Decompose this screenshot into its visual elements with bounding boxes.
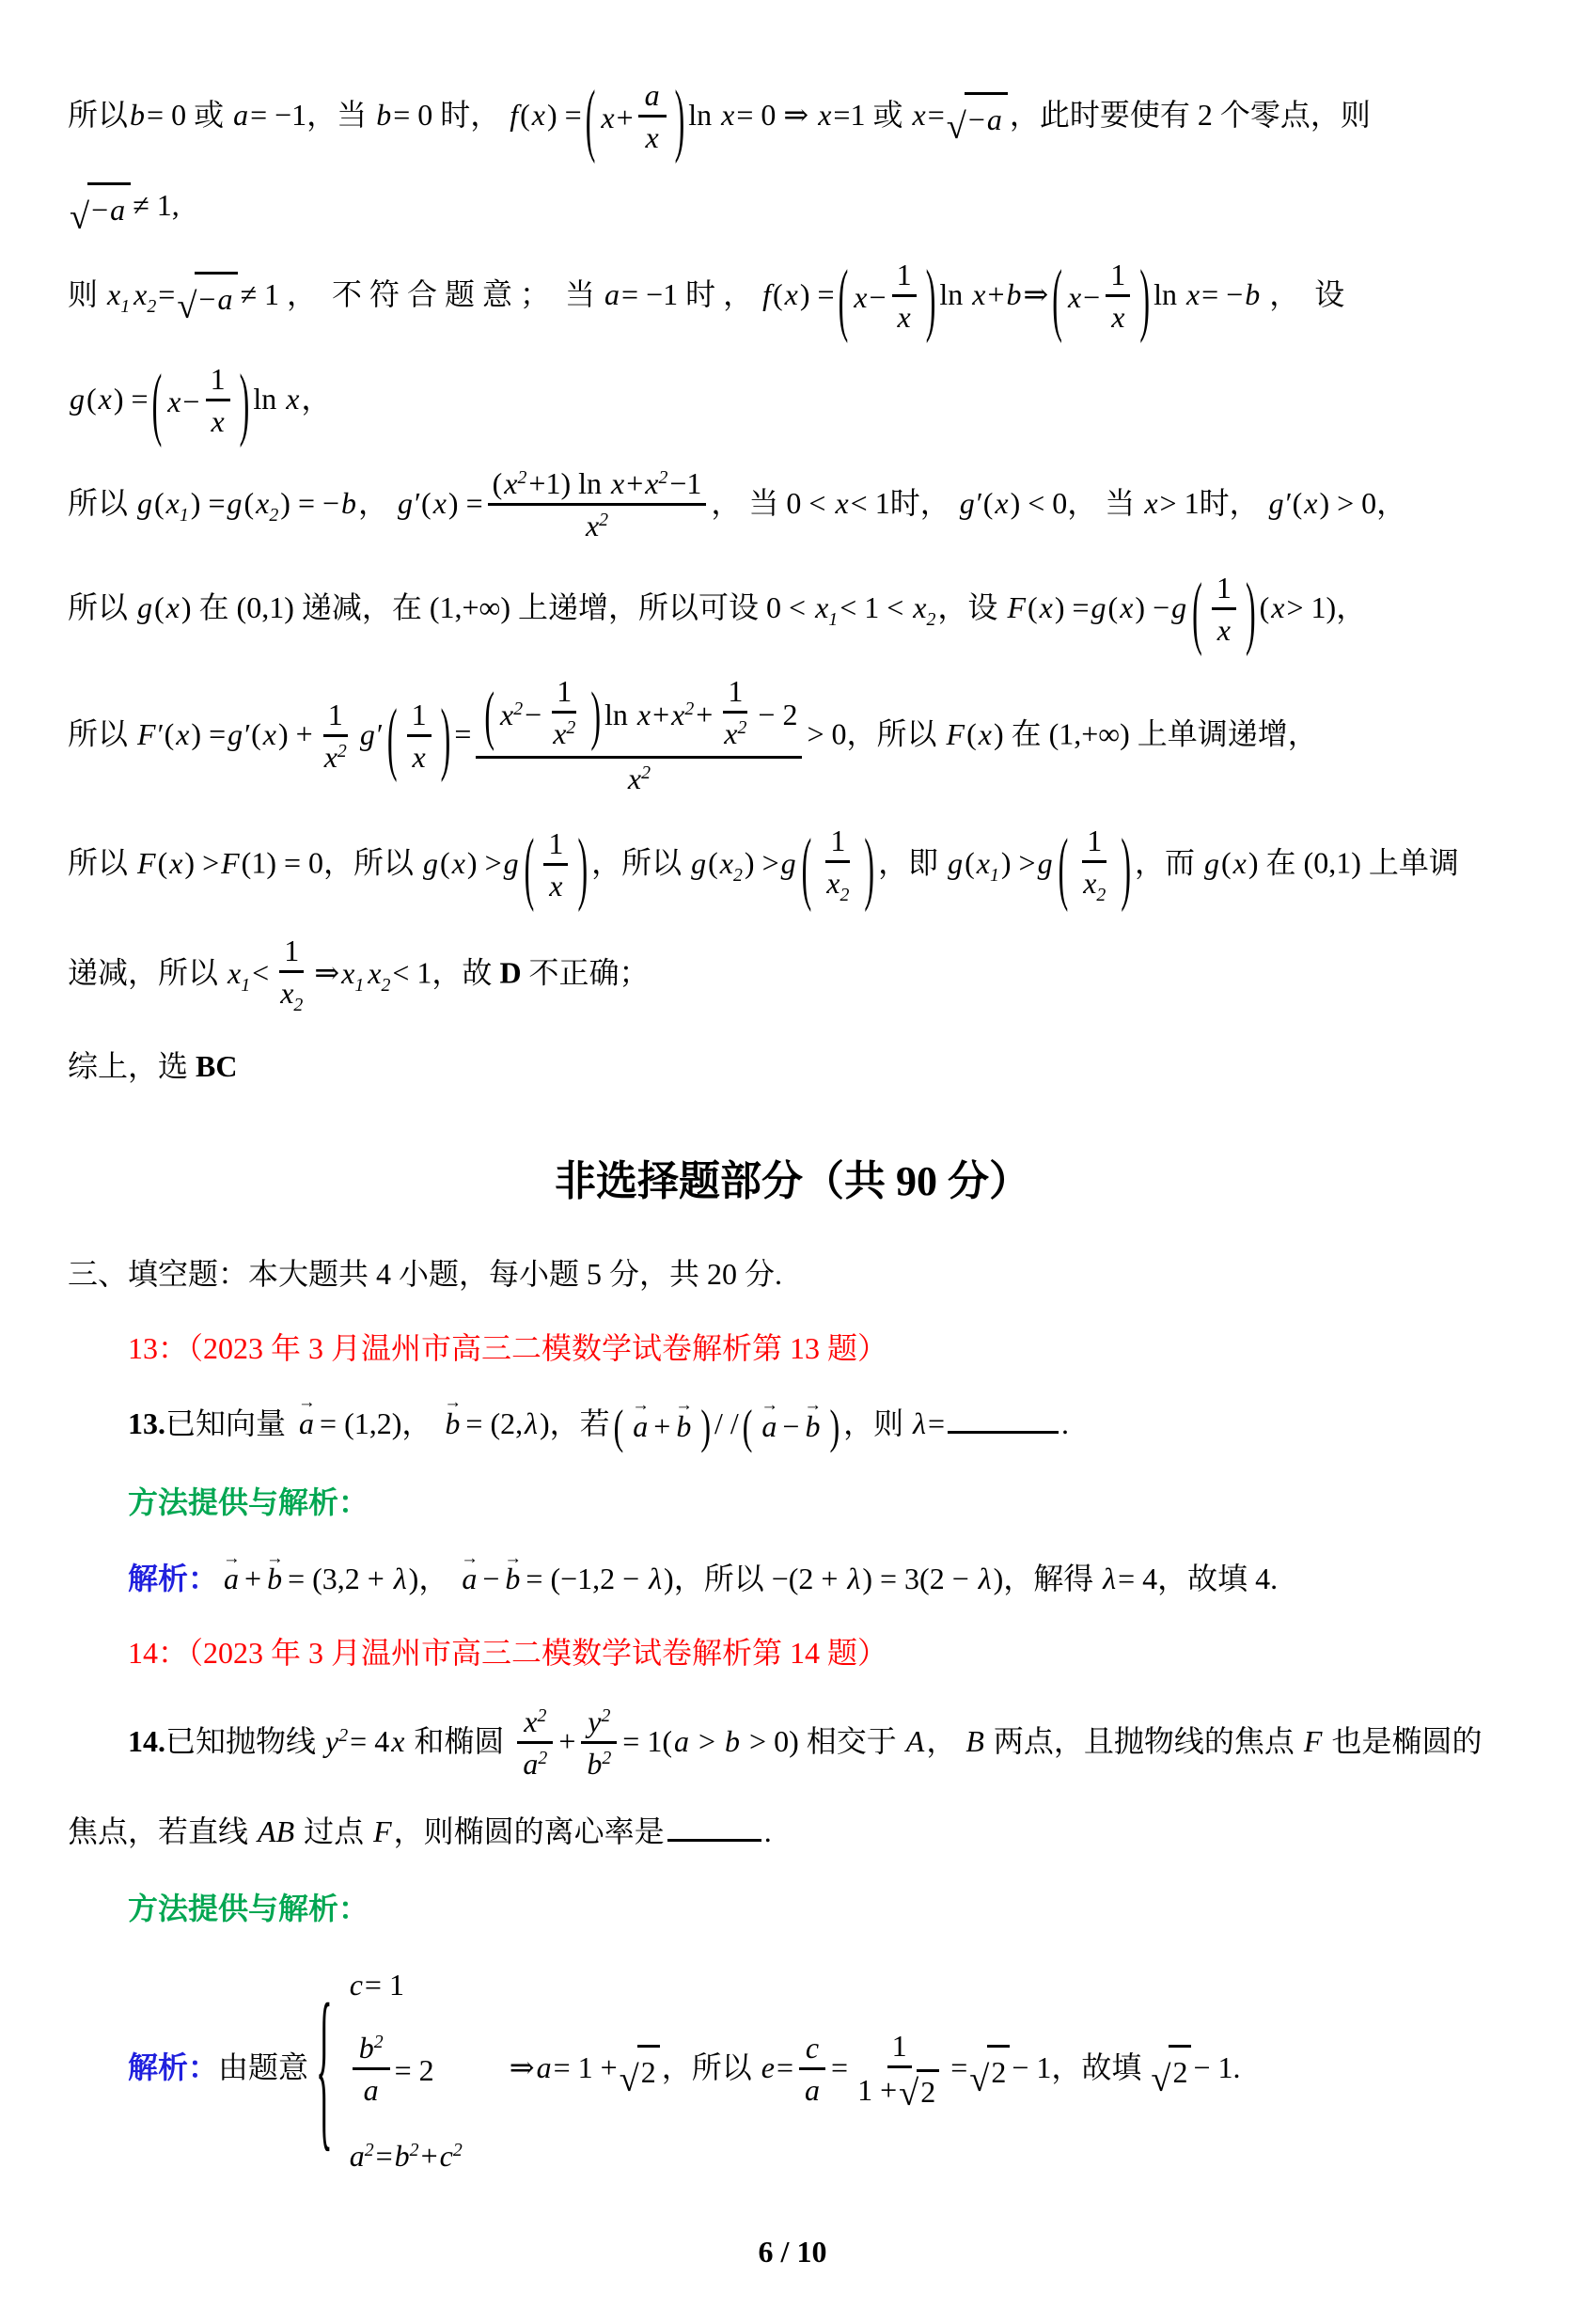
text-run: −	[182, 378, 199, 426]
math-variable: x	[636, 696, 652, 733]
math-variable: λ	[977, 1562, 994, 1595]
text-run: ⇒	[1023, 277, 1048, 311]
text-run: =	[928, 98, 945, 132]
math-vector: →b	[265, 1555, 284, 1603]
text-run: =	[928, 1406, 945, 1440]
text-run: ) =	[191, 717, 226, 751]
text-run: = −1 时 ，	[621, 277, 761, 311]
math-superscript: b2	[357, 2029, 385, 2066]
text-run: = (2,	[465, 1406, 523, 1440]
text-run: 1	[557, 672, 572, 710]
text-run: > 1)，	[1286, 590, 1366, 624]
math-variable: c	[804, 2029, 821, 2066]
math-subscript: x2	[718, 846, 745, 880]
text-run: 14：（2023 年 3 月温州市高三二模数学试卷解析第 14 题）	[128, 1636, 887, 1670]
math-variable: x	[719, 98, 736, 132]
math-variable: λ	[647, 1562, 664, 1595]
math-variable: g	[68, 382, 86, 416]
text-run: ) 在 (0,1) 递减，在 (1,+∞) 上递增，所以可设 0 <	[181, 590, 813, 624]
bold-text: 解析：	[128, 2050, 218, 2084]
math-fraction: 1x	[204, 359, 230, 441]
math-vector: →a	[222, 1555, 241, 1603]
math-variable: x	[1066, 274, 1083, 322]
text-run: (	[440, 846, 450, 880]
math-variable: a	[108, 186, 127, 234]
math-variable: g′	[226, 717, 251, 751]
text-run: = (1,2)，	[320, 1406, 439, 1440]
math-vector: →b	[674, 1403, 693, 1451]
text-run: =	[376, 2132, 393, 2180]
text-run: (	[165, 717, 175, 751]
math-variable: x	[977, 717, 994, 751]
math-variable: x	[389, 1724, 406, 1758]
solution-line-4: g(x) =(x−1x)ln x，	[68, 361, 1517, 443]
text-run: 综上，选	[68, 1049, 196, 1083]
text-run: 1	[830, 822, 845, 859]
math-radical: √−a	[177, 272, 238, 323]
text-run: ln	[253, 382, 284, 416]
text-run: (	[251, 717, 261, 751]
text-run: 2	[641, 2049, 656, 2096]
math-radical: √2	[969, 2045, 1010, 2096]
text-run: +	[652, 696, 669, 733]
math-superscript: x2	[551, 714, 577, 752]
text-run: < 1，故	[392, 956, 499, 990]
text-run: − 1.	[1193, 2050, 1240, 2084]
text-run: ，	[926, 1724, 964, 1758]
bold-text: D	[499, 956, 521, 990]
text-run: −	[482, 1562, 499, 1595]
text-run: ) < 0， 当	[1011, 486, 1143, 520]
text-run: −1	[669, 464, 701, 502]
math-fraction: 1x2	[717, 671, 753, 753]
math-variable: x	[1185, 277, 1201, 311]
text-run: (	[1028, 590, 1038, 624]
page-number: 6 / 10	[0, 2235, 1585, 2269]
math-variable: AB	[256, 1814, 296, 1848]
math-variable: g	[502, 846, 521, 880]
math-subscript: x2	[366, 956, 392, 990]
math-variable: f	[508, 98, 520, 132]
math-variable: F	[219, 846, 242, 880]
text-run: ) =	[448, 486, 483, 520]
text-run: = (3,2 +	[288, 1562, 392, 1595]
math-fraction: 1x2	[820, 821, 855, 908]
math-vector: →a	[460, 1555, 479, 1603]
math-vector: →a	[760, 1403, 778, 1451]
text-run: ) >	[467, 846, 502, 880]
text-run: ) −	[1135, 590, 1169, 624]
text-run: (	[154, 486, 165, 520]
math-fraction: ax	[638, 75, 667, 157]
text-run: ) =	[800, 277, 835, 311]
text-run: (	[493, 464, 503, 502]
text-run: = 4	[350, 1724, 389, 1758]
math-variable: x	[1232, 846, 1248, 880]
math-parentheses: (1x)	[384, 697, 455, 778]
math-variable: g	[1169, 590, 1188, 624]
math-superscript: x2	[522, 1703, 548, 1740]
text-run: 由题意	[218, 2050, 308, 2084]
math-superscript: x2	[584, 507, 610, 544]
bold-text: 13.	[128, 1406, 165, 1440]
text-run: ，则椭圆的离心率是	[394, 1814, 665, 1848]
text-run: ，	[301, 382, 331, 416]
text-run: +	[558, 1724, 575, 1758]
math-variable: b	[374, 98, 393, 132]
exam-solution-page: 所以b= 0 或 a= −1，当 b= 0 时， f(x) =(x+ax)ln …	[0, 0, 1585, 2324]
text-run: ) +	[278, 717, 313, 751]
text-run: (	[965, 846, 975, 880]
text-run: +1) ln	[528, 464, 609, 502]
math-variable: x	[165, 590, 181, 624]
text-run: (	[421, 486, 432, 520]
math-variable: g	[779, 846, 798, 880]
math-fraction: 1x	[890, 255, 917, 337]
math-variable: a	[803, 2071, 822, 2109]
math-variable: x	[209, 402, 226, 440]
text-run: ≠ 1 ， 不 符 合 题 意 ； 当	[240, 277, 603, 311]
text-run: 所以	[68, 98, 128, 132]
math-variable: e	[760, 2050, 777, 2084]
text-run: ) = −	[280, 486, 339, 520]
math-fraction: 1x	[542, 824, 569, 905]
math-variable: x	[547, 867, 564, 904]
text-run: 也是椭圆的	[1324, 1724, 1482, 1758]
q13-source-header: 13：（2023 年 3 月温州市高三二模数学试卷解析第 13 题）	[68, 1325, 1517, 1373]
math-variable: b	[128, 98, 147, 132]
math-radical: √2	[1151, 2045, 1191, 2096]
text-run: 所以	[68, 590, 135, 624]
math-parentheses: (→a−→b)	[739, 1403, 843, 1451]
text-run: ) > 0，	[1319, 486, 1406, 520]
text-run: = (−1,2 −	[526, 1562, 647, 1595]
math-parentheses: (x−1x)	[1048, 257, 1153, 338]
bold-text: BC	[196, 1049, 237, 1083]
math-variable: A	[904, 1724, 927, 1758]
text-run: +	[626, 464, 643, 502]
math-variable: g′	[358, 717, 384, 751]
math-variable: λ	[911, 1406, 928, 1440]
text-run: +	[987, 277, 1004, 311]
text-run: ，所以	[662, 2050, 760, 2084]
text-run: =	[777, 2050, 793, 2084]
text-run: ，则	[843, 1406, 911, 1440]
text-run: +	[653, 1403, 670, 1451]
text-run: / /	[714, 1406, 739, 1440]
text-run: = 1(	[622, 1724, 672, 1758]
math-variable: f	[761, 277, 773, 311]
solution-line-8: 所以 F(x) >F(1) = 0，所以 g(x) >g(1x)，所以 g(x2…	[68, 823, 1517, 910]
text-run: ，即	[878, 846, 946, 880]
text-run: (	[1108, 590, 1119, 624]
math-superscript: y2	[586, 1703, 612, 1740]
text-run: −	[198, 275, 215, 323]
math-variable: a	[603, 277, 621, 311]
text-run: ) 在 (0,1) 上单调	[1248, 846, 1459, 880]
text-run: ) >	[745, 846, 779, 880]
math-variable: x	[910, 98, 927, 132]
math-radical: √−a	[70, 182, 131, 234]
text-run: 2	[991, 2049, 1006, 2096]
math-parentheses: (x−1x)	[835, 257, 940, 338]
math-variable: x	[165, 378, 182, 426]
text-run: = 1 +	[554, 2050, 618, 2084]
math-variable: g	[135, 590, 154, 624]
text-run: = 4，故填 4.	[1118, 1562, 1278, 1595]
math-variable: x	[410, 738, 427, 776]
text-run: −	[869, 274, 886, 322]
math-fraction: 11 +√2	[853, 2026, 946, 2112]
math-superscript: b2	[393, 2132, 421, 2180]
text-run: 1	[548, 824, 563, 862]
math-fraction: (x2−1x2)ln x+x2+1x2− 2x2	[476, 672, 802, 798]
text-run: (	[708, 846, 718, 880]
text-run: 所以	[68, 846, 135, 880]
math-variable: a	[985, 96, 1004, 144]
math-variable: x	[1118, 590, 1135, 624]
text-run: (	[154, 590, 165, 624]
math-superscript: x2	[626, 760, 652, 797]
math-variable: x	[1216, 611, 1232, 649]
math-superscript: x2	[643, 464, 669, 502]
text-run: = 0 或	[147, 98, 231, 132]
math-variable: λ	[392, 1562, 409, 1595]
text-run: 1	[897, 256, 912, 293]
text-run: ， 当 0 <	[711, 486, 833, 520]
text-run: 过点	[296, 1814, 371, 1848]
text-run: = 2	[395, 2047, 434, 2095]
math-parentheses: (→a+→b)	[610, 1403, 714, 1451]
text-run: 13：（2023 年 3 月温州市高三二模数学试卷解析第 13 题）	[128, 1331, 887, 1365]
math-variable: x	[783, 277, 800, 311]
math-superscript: x2	[669, 696, 696, 733]
text-run: −	[782, 1403, 799, 1451]
text-run: 和椭圆	[406, 1724, 511, 1758]
math-variable: g	[226, 486, 244, 520]
text-run: = −1，当	[250, 98, 374, 132]
math-superscript: c2	[438, 2132, 464, 2180]
math-vector: →b	[503, 1555, 522, 1603]
text-run: ) >	[184, 846, 219, 880]
text-run: 方法提供与解析：	[128, 1485, 369, 1519]
solution-line-1: 所以b= 0 或 a= −1，当 b= 0 时， f(x) =(x+ax)ln …	[68, 77, 1517, 159]
text-run: ) =	[547, 98, 582, 132]
math-subscript: x2	[911, 590, 937, 624]
math-variable: g	[1090, 590, 1108, 624]
math-variable: b	[1004, 277, 1023, 311]
math-variable: x	[1142, 486, 1159, 520]
math-variable: x	[599, 94, 616, 142]
math-variable: x	[97, 382, 114, 416]
math-variable: g	[1202, 846, 1221, 880]
text-run: = 0 ⇒	[736, 98, 816, 132]
solution-line-5: 所以 g(x1) =g(x2) = −b， g′(x) =(x2+1) ln x…	[68, 465, 1517, 547]
math-variable: a	[215, 275, 234, 323]
text-run: 1	[1087, 822, 1102, 859]
q13-statement: 13.已知向量 →a= (1,2)， →b= (2,λ)，若(→a+→b)/ /…	[68, 1400, 1517, 1451]
text-run: = 0 时，	[393, 98, 508, 132]
text-run: 方法提供与解析：	[128, 1892, 369, 1925]
math-variable: a	[535, 2050, 554, 2084]
math-variable: g	[946, 846, 965, 880]
text-run: 1	[1110, 256, 1125, 293]
text-run: (	[520, 98, 530, 132]
q14-source-header: 14：（2023 年 3 月温州市高三二模数学试卷解析第 14 题）	[68, 1629, 1517, 1677]
text-run: 所以	[68, 486, 135, 520]
equation-system: {c= 1b2a= 2a2=b2+c2	[316, 1961, 464, 2180]
math-variable: F	[135, 846, 158, 880]
text-run: ln	[939, 277, 970, 311]
math-variable: x	[970, 277, 987, 311]
text-run: − 2	[758, 696, 797, 733]
document-body: 所以b= 0 或 a= −1，当 b= 0 时， f(x) =(x+ax)ln …	[68, 77, 1517, 2180]
text-run: 非选择题部分（共 90 分）	[555, 1158, 1030, 1204]
text-run: ，	[358, 486, 396, 520]
math-radical: √−a	[947, 92, 1008, 144]
solution-line-3: 则 x1x2=√−a≠ 1 ， 不 符 合 题 意 ； 当 a= −1 时 ， …	[68, 257, 1517, 338]
math-fraction: ca	[798, 2028, 826, 2110]
math-fraction: 1x2	[1076, 821, 1112, 908]
math-parentheses: (1x2)	[1055, 823, 1135, 910]
text-run: − 1，故填	[1012, 2050, 1149, 2084]
math-superscript: x2	[722, 714, 748, 752]
text-run: 已知向量	[165, 1406, 293, 1440]
math-variable: x	[284, 382, 301, 416]
math-variable: x	[450, 846, 467, 880]
text-run: +	[421, 2132, 438, 2180]
math-variable: b	[1243, 277, 1262, 311]
text-run: ，设	[937, 590, 1005, 624]
math-superscript: x2	[322, 738, 349, 776]
text-run: (	[1293, 486, 1303, 520]
text-run: >	[691, 1724, 723, 1758]
math-fraction: 1x	[1211, 568, 1237, 650]
math-parentheses: (x−1x)	[149, 361, 254, 443]
text-run: (	[1260, 590, 1270, 624]
math-superscript: x2	[502, 464, 528, 502]
text-run: 三、填空题：本大题共 4 小题，每小题 5 分，共 20 分.	[68, 1257, 782, 1291]
text-run: > 0) 相交于	[742, 1724, 904, 1758]
math-vector: →a	[297, 1400, 316, 1448]
text-run: 1	[211, 360, 226, 398]
q14-statement-line1: 14.已知抛物线 y2= 4x 和椭圆 x2a2+y2b2= 1(a > b >…	[68, 1704, 1517, 1785]
math-variable: x	[1269, 590, 1286, 624]
text-run: ，所以	[591, 846, 689, 880]
solution-line-2: √−a≠ 1,	[68, 181, 1517, 234]
math-variable: F	[1302, 1724, 1325, 1758]
text-run: −	[1083, 274, 1100, 322]
text-run: 已知抛物线	[165, 1724, 323, 1758]
math-subscript: x2	[824, 864, 851, 907]
text-run: ln	[1153, 277, 1185, 311]
text-run: = −	[1201, 277, 1243, 311]
text-run: ) 在 (1,+∞) 上单调递增，	[994, 717, 1318, 751]
math-parentheses: (1x2)	[798, 823, 878, 910]
bold-text: 14.	[128, 1724, 165, 1758]
text-run: =1 或	[833, 98, 910, 132]
math-radical: √2	[899, 2069, 939, 2111]
math-variable: F	[371, 1814, 394, 1848]
math-variable: g′	[396, 486, 421, 520]
math-variable: b	[723, 1724, 742, 1758]
solution-line-9: 递减，所以 x1<1x2⇒x1x2< 1，故 D 不正确；	[68, 933, 1517, 1020]
math-superscript: x2	[498, 696, 525, 733]
text-run: 1	[284, 932, 299, 969]
math-subscript: x2	[132, 277, 158, 311]
math-radical: √2	[620, 2045, 660, 2096]
math-subscript: x1	[165, 486, 191, 520]
math-variable: x	[1038, 590, 1055, 624]
math-variable: a	[231, 98, 250, 132]
text-run: > 1时，	[1160, 486, 1267, 520]
text-run: −	[91, 186, 108, 234]
text-run: 1	[1216, 569, 1232, 606]
math-variable: g	[1036, 846, 1055, 880]
text-run: ) = 3(2 −	[862, 1562, 976, 1595]
text-run: )，若	[540, 1406, 610, 1440]
text-run: 递减，所以	[68, 956, 226, 990]
math-variable: λ	[1101, 1562, 1118, 1595]
text-run: .	[1061, 1406, 1069, 1440]
text-run: = 1	[365, 1961, 404, 2009]
text-run: )，解得	[994, 1562, 1102, 1595]
math-variable: λ	[845, 1562, 862, 1595]
math-subscript: x2	[1081, 864, 1107, 907]
math-superscript: a2	[348, 2132, 376, 2180]
math-variable: a	[643, 76, 662, 114]
text-run: 1 +	[857, 2071, 897, 2109]
text-run: ⇒	[314, 956, 339, 990]
text-run: )，	[409, 1562, 457, 1595]
math-variable: x	[852, 274, 869, 322]
math-variable: x	[1302, 486, 1319, 520]
text-run: ⇒	[510, 2050, 535, 2084]
math-subscript: x1	[813, 590, 840, 624]
text-run: =	[950, 2050, 967, 2084]
text-run: =	[831, 2050, 848, 2084]
q14-solution: 解析：由题意{c= 1b2a= 2a2=b2+c2⇒a= 1 +√2，所以 e=…	[68, 1961, 1517, 2180]
math-variable: x	[530, 98, 547, 132]
text-run: 所以	[68, 717, 135, 751]
math-variable: g	[689, 846, 708, 880]
math-variable: x	[174, 717, 191, 751]
math-variable: F	[1005, 590, 1028, 624]
math-variable: g	[421, 846, 440, 880]
text-run: 1	[412, 696, 427, 733]
math-variable: x	[816, 98, 833, 132]
solution-line-6: 所以 g(x) 在 (0,1) 递减，在 (1,+∞) 上递增，所以可设 0 <…	[68, 570, 1517, 652]
math-variable: λ	[523, 1406, 540, 1440]
text-run: =	[454, 717, 471, 751]
math-variable: x	[609, 464, 626, 502]
math-superscript: b2	[585, 1745, 613, 1782]
math-parentheses: (1x)	[521, 825, 592, 907]
text-run: (1) = 0，所以	[242, 846, 421, 880]
text-run: (	[966, 717, 977, 751]
text-run: (	[1221, 846, 1232, 880]
bold-text: 解析：	[128, 1562, 218, 1595]
math-variable: g′	[958, 486, 983, 520]
math-fraction: b2a	[353, 2028, 390, 2110]
math-variable: b	[339, 486, 358, 520]
math-parentheses: (x2−1x2)	[480, 673, 604, 755]
answer-blank	[667, 1836, 761, 1842]
text-run: ln	[604, 696, 636, 733]
math-fraction: y2b2	[580, 1702, 618, 1783]
math-variable: c	[348, 1961, 365, 2009]
text-run: (	[86, 382, 97, 416]
